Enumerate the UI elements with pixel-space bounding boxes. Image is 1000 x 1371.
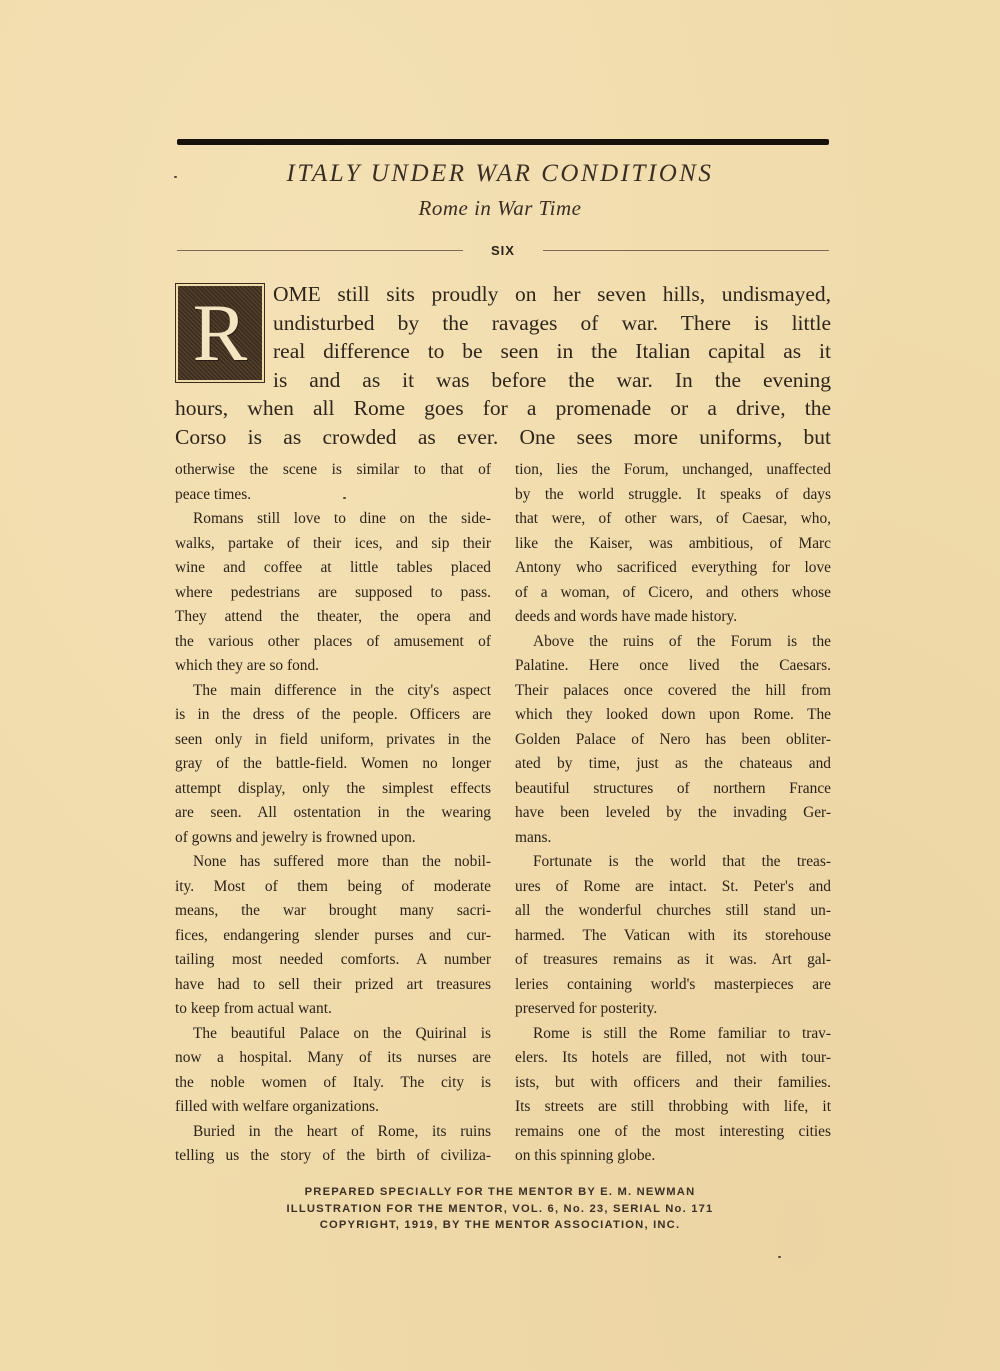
text-line: that were, of other wars, of Caesar, who… bbox=[515, 507, 831, 532]
text-line: attempt display, only the simplest effec… bbox=[175, 777, 491, 802]
text-line: walks, partake of their ices, and sip th… bbox=[175, 532, 491, 557]
text-line: of gowns and jewelry is frowned upon. bbox=[175, 826, 491, 851]
text-line: Their palaces once covered the hill from bbox=[515, 679, 831, 704]
text-line: mans. bbox=[515, 826, 831, 851]
section-number: SIX bbox=[463, 243, 543, 258]
text-line: Golden Palace of Nero has been obliter- bbox=[515, 728, 831, 753]
text-line: Its streets are still throbbing with lif… bbox=[515, 1095, 831, 1120]
section-divider: SIX bbox=[177, 240, 829, 260]
text-line: like the Kaiser, was ambitious, of Marc bbox=[515, 532, 831, 557]
text-line: tailing most needed comforts. A number bbox=[175, 948, 491, 973]
text-line: the various other places of amusement of bbox=[175, 630, 491, 655]
text-line: by the world struggle. It speaks of days bbox=[515, 483, 831, 508]
text-line: leries containing world's masterpieces a… bbox=[515, 973, 831, 998]
text-line: Romans still love to dine on the side- bbox=[175, 507, 491, 532]
text-line: Buried in the heart of Rome, its ruins bbox=[175, 1120, 491, 1145]
text-line: gray of the battle-field. Women no longe… bbox=[175, 752, 491, 777]
page-subtitle: Rome in War Time bbox=[0, 196, 1000, 221]
text-line: peace times. bbox=[175, 483, 491, 508]
intro-line: is and as it was before the war. In the … bbox=[175, 366, 831, 395]
text-line: now a hospital. Many of its nurses are bbox=[175, 1046, 491, 1071]
text-line: remains one of the most interesting citi… bbox=[515, 1120, 831, 1145]
text-line: filled with welfare organizations. bbox=[175, 1095, 491, 1120]
intro-line: hours, when all Rome goes for a promenad… bbox=[175, 394, 831, 423]
text-line: which they are so fond. bbox=[175, 654, 491, 679]
text-line: The main difference in the city's aspect bbox=[175, 679, 491, 704]
dropcap-letter: R bbox=[178, 286, 262, 380]
text-line: Rome is still the Rome familiar to trav- bbox=[515, 1022, 831, 1047]
left-column: otherwise the scene is similar to that o… bbox=[175, 458, 491, 1169]
paper-speck bbox=[778, 1256, 781, 1258]
text-line: to keep from actual want. bbox=[175, 997, 491, 1022]
text-line: ures of Rome are intact. St. Peter's and bbox=[515, 875, 831, 900]
text-line: is in the dress of the people. Officers … bbox=[175, 703, 491, 728]
dropcap-frame: R bbox=[175, 283, 265, 383]
text-line: are seen. All ostentation in the wearing bbox=[175, 801, 491, 826]
text-line: otherwise the scene is similar to that o… bbox=[175, 458, 491, 483]
text-line: seen only in field uniform, privates in … bbox=[175, 728, 491, 753]
text-line: of treasures remains as it was. Art gal- bbox=[515, 948, 831, 973]
text-line: means, the war brought many sacri- bbox=[175, 899, 491, 924]
text-line: Fortunate is the world that the treas- bbox=[515, 850, 831, 875]
intro-line: undisturbed by the ravages of war. There… bbox=[175, 309, 831, 338]
text-line: beautiful structures of northern France bbox=[515, 777, 831, 802]
text-line: the noble women of Italy. The city is bbox=[175, 1071, 491, 1096]
text-line: ists, but with officers and their famili… bbox=[515, 1071, 831, 1096]
text-line: have had to sell their prized art treasu… bbox=[175, 973, 491, 998]
text-line: ity. Most of them being of moderate bbox=[175, 875, 491, 900]
divider-line-left bbox=[177, 250, 463, 251]
credits-footer: PREPARED SPECIALLY FOR THE MENTOR BY E. … bbox=[0, 1184, 1000, 1234]
footer-line-author: PREPARED SPECIALLY FOR THE MENTOR BY E. … bbox=[0, 1184, 1000, 1201]
intro-line: real difference to be seen in the Italia… bbox=[175, 337, 831, 366]
text-line: telling us the story of the birth of civ… bbox=[175, 1144, 491, 1169]
text-line: all the wonderful churches still stand u… bbox=[515, 899, 831, 924]
intro-line: OME still sits proudly on her seven hill… bbox=[175, 280, 831, 309]
text-line: wine and coffee at little tables placed bbox=[175, 556, 491, 581]
text-line: where pedestrians are supposed to pass. bbox=[175, 581, 491, 606]
text-line: harmed. The Vatican with its storehouse bbox=[515, 924, 831, 949]
footer-line-copyright: COPYRIGHT, 1919, BY THE MENTOR ASSOCIATI… bbox=[0, 1217, 1000, 1234]
page-title: ITALY UNDER WAR CONDITIONS bbox=[0, 160, 1000, 188]
text-line: Palatine. Here once lived the Caesars. bbox=[515, 654, 831, 679]
divider-line-right bbox=[543, 250, 829, 251]
text-line: The beautiful Palace on the Quirinal is bbox=[175, 1022, 491, 1047]
text-line: of a woman, of Cicero, and others whose bbox=[515, 581, 831, 606]
text-line: tion, lies the Forum, unchanged, unaffec… bbox=[515, 458, 831, 483]
paper-speck bbox=[174, 176, 177, 178]
text-line: elers. Its hotels are filled, not with t… bbox=[515, 1046, 831, 1071]
text-line: on this spinning globe. bbox=[515, 1144, 831, 1169]
footer-line-illustration: ILLUSTRATION FOR THE MENTOR, VOL. 6, No.… bbox=[0, 1201, 1000, 1218]
body-columns: otherwise the scene is similar to that o… bbox=[175, 458, 831, 1169]
text-line: preserved for posterity. bbox=[515, 997, 831, 1022]
text-line: None has suffered more than the nobil- bbox=[175, 850, 491, 875]
text-line: They attend the theater, the opera and bbox=[175, 605, 491, 630]
text-line: Above the ruins of the Forum is the bbox=[515, 630, 831, 655]
paper-speck bbox=[343, 497, 346, 499]
top-rule bbox=[177, 139, 829, 145]
text-line: ated by time, just as the chateaus and bbox=[515, 752, 831, 777]
intro-line: Corso is as crowded as ever. One sees mo… bbox=[175, 423, 831, 452]
right-column: tion, lies the Forum, unchanged, unaffec… bbox=[515, 458, 831, 1169]
text-line: deeds and words have made history. bbox=[515, 605, 831, 630]
text-line: fices, endangering slender purses and cu… bbox=[175, 924, 491, 949]
text-line: Antony who sacrificed everything for lov… bbox=[515, 556, 831, 581]
intro-paragraph: R OME still sits proudly on her seven hi… bbox=[175, 280, 831, 452]
text-line: which they looked down upon Rome. The bbox=[515, 703, 831, 728]
text-line: have been leveled by the invading Ger- bbox=[515, 801, 831, 826]
